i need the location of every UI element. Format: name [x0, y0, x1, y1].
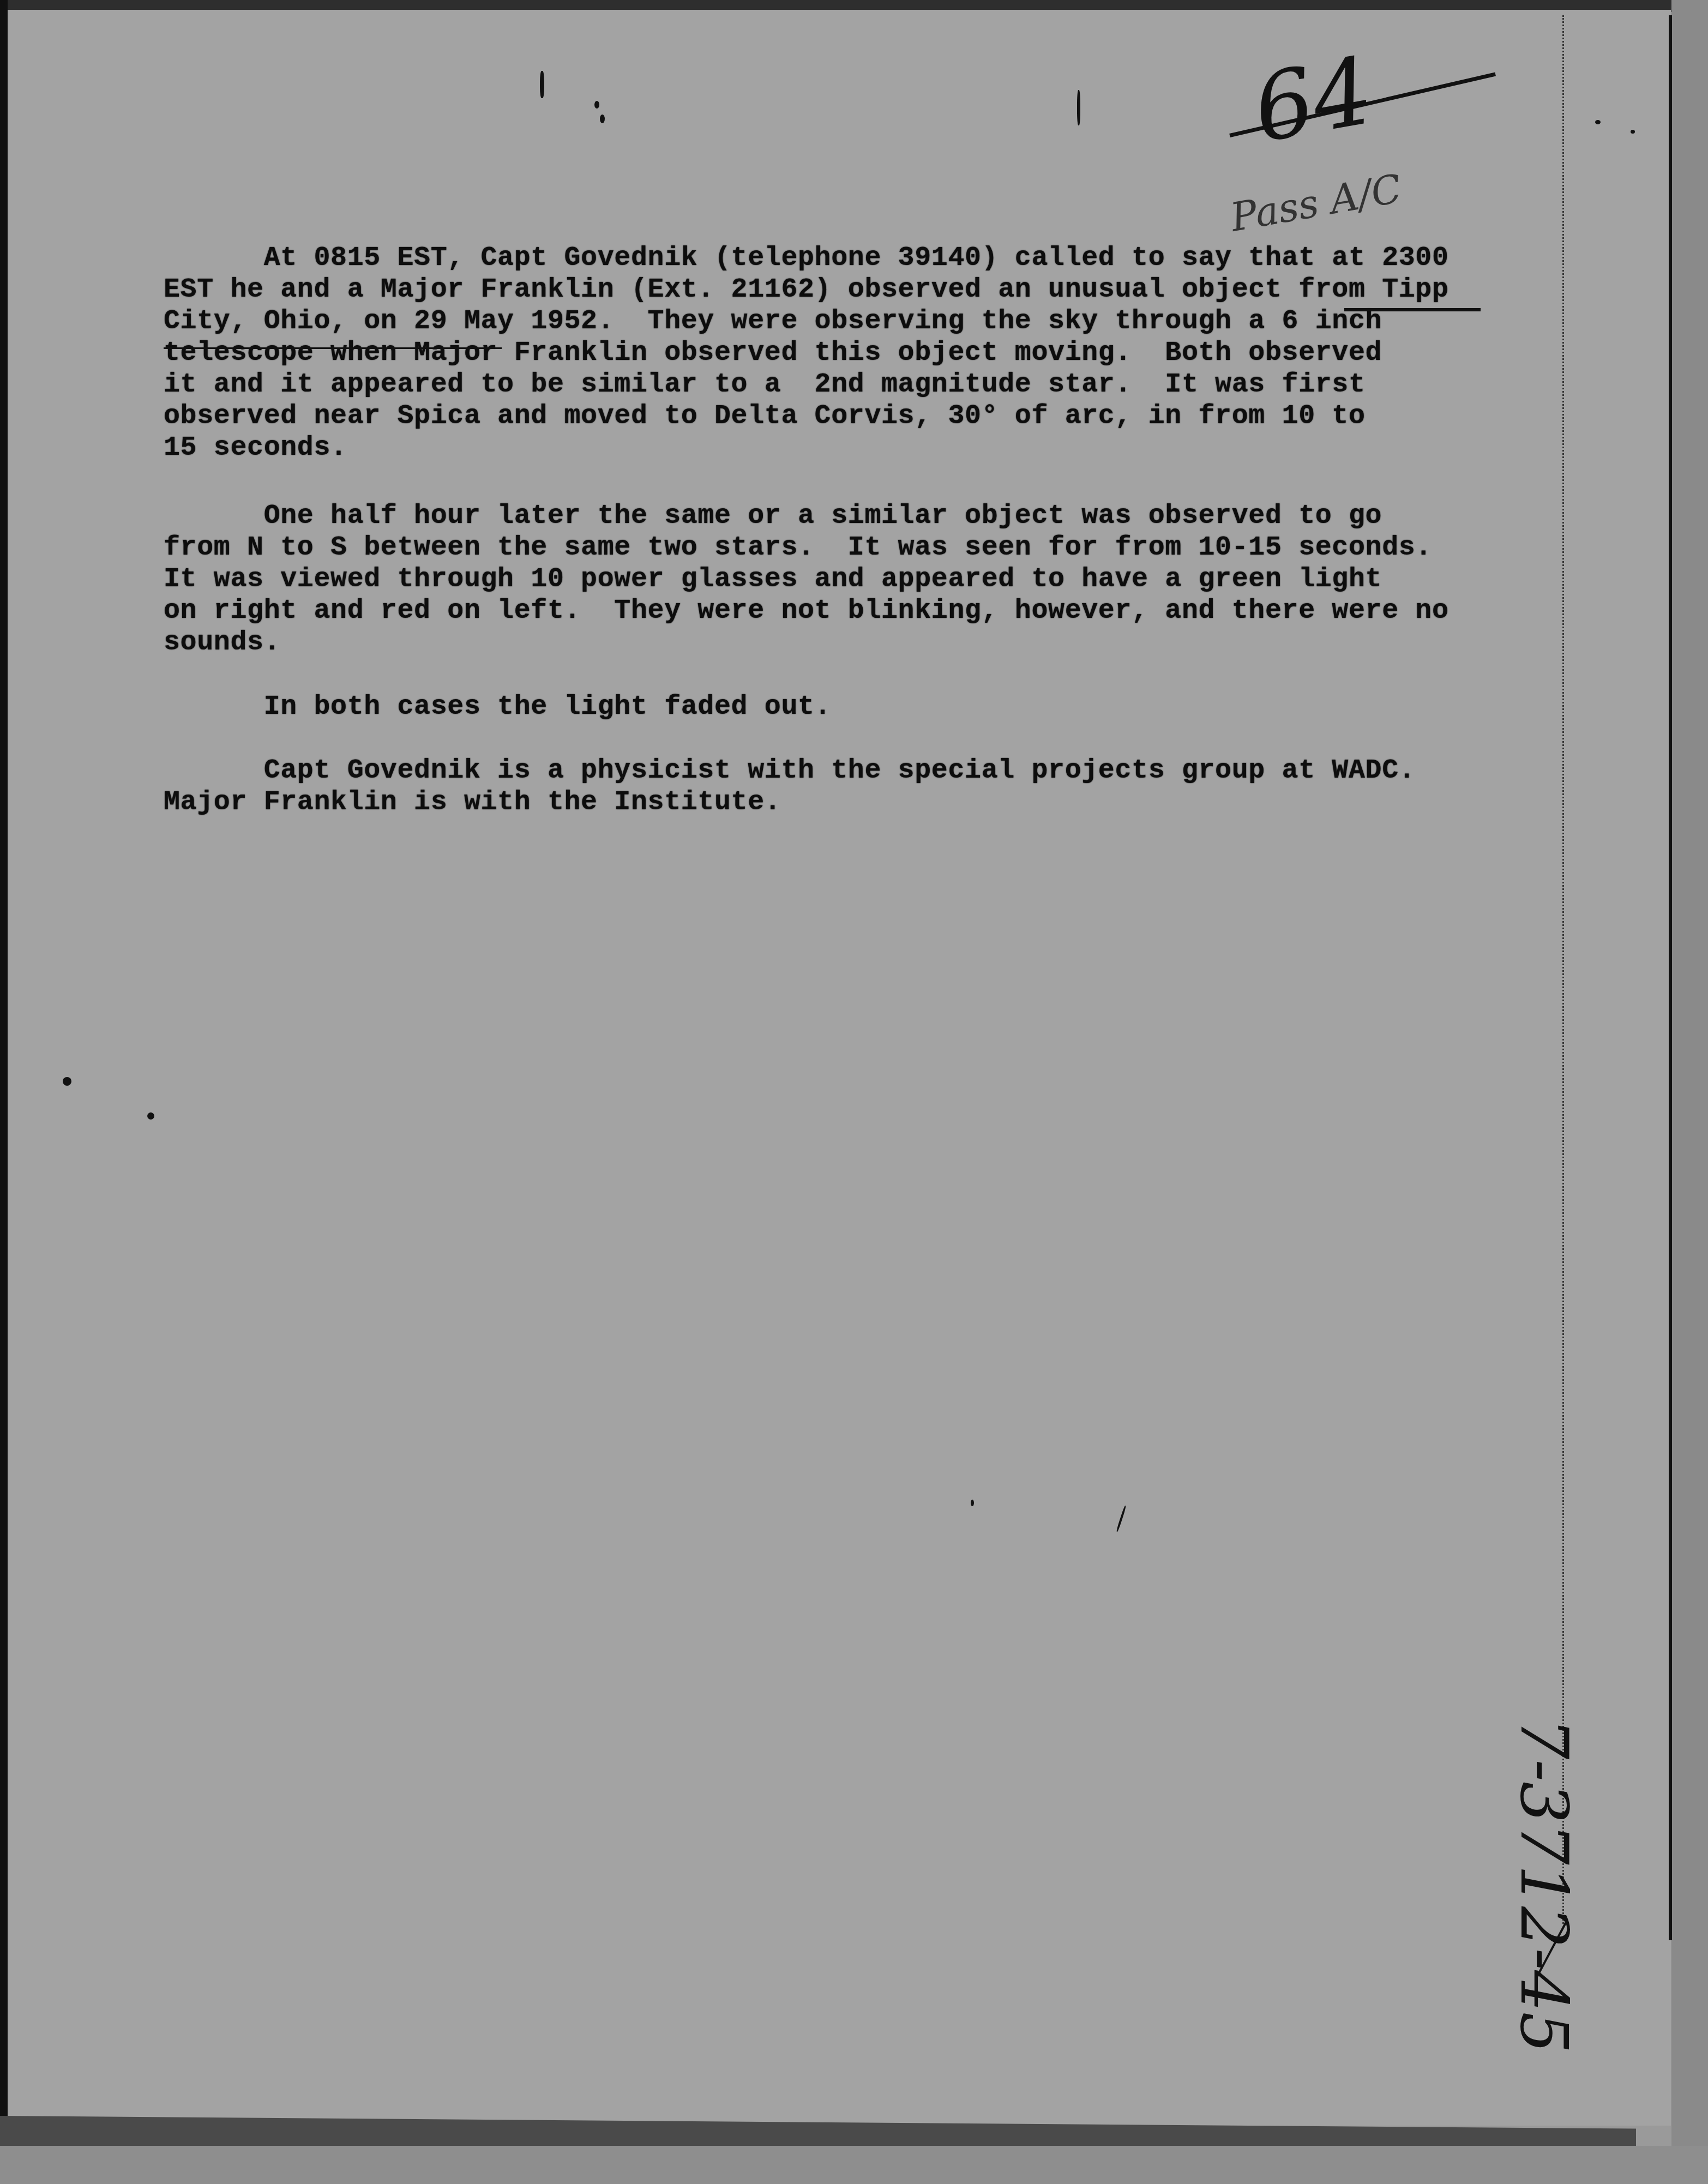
scan-bottom-area	[0, 2146, 1708, 2184]
scan-speck	[1595, 120, 1601, 124]
scan-speck	[63, 1077, 71, 1086]
text-line: Capt Govednik is a physicist with the sp…	[164, 755, 1415, 786]
handwritten-file-number: 7-3712-45	[1506, 1718, 1581, 2054]
scan-speck	[971, 1500, 974, 1506]
scan-speck	[147, 1112, 154, 1120]
text-line: One half hour later the same or a simila…	[164, 501, 1382, 532]
text-line: telescope when Major Franklin observed t…	[164, 338, 1382, 369]
scan-mark	[1077, 90, 1080, 125]
text-line: sounds.	[164, 627, 280, 658]
text-line: 15 seconds.	[164, 432, 347, 464]
handwritten-page-number: 64	[1246, 37, 1380, 164]
scan-left-edge	[0, 0, 8, 2184]
scan-mark	[540, 71, 544, 98]
text-line: It was viewed through 10 power glasses a…	[164, 564, 1382, 595]
text-line: In both cases the light faded out.	[164, 691, 831, 723]
text-line: observed near Spica and moved to Delta C…	[164, 401, 1366, 432]
text-line: on right and red on left. They were not …	[164, 595, 1449, 627]
text-line: City, Ohio, on 29 May 1952. They were ob…	[164, 306, 1382, 337]
scan-speck	[1631, 130, 1635, 134]
text-line: At 0815 EST, Capt Govednik (telephone 39…	[164, 243, 1449, 274]
margin-line-dotted	[1562, 15, 1564, 1924]
text-line: Major Franklin is with the Institute.	[164, 787, 781, 818]
text-line: from N to S between the same two stars. …	[164, 532, 1432, 563]
text-line: it and it appeared to be similar to a 2n…	[164, 369, 1366, 400]
text-line: EST he and a Major Franklin (Ext. 21162)…	[164, 274, 1449, 305]
scan-speck	[600, 115, 605, 123]
ink-underline-tipp	[1344, 308, 1481, 311]
scan-right-strip	[1671, 0, 1708, 2184]
margin-line-solid	[1669, 15, 1672, 1940]
ink-overline-telescope	[164, 347, 502, 349]
scan-speck	[594, 101, 599, 109]
